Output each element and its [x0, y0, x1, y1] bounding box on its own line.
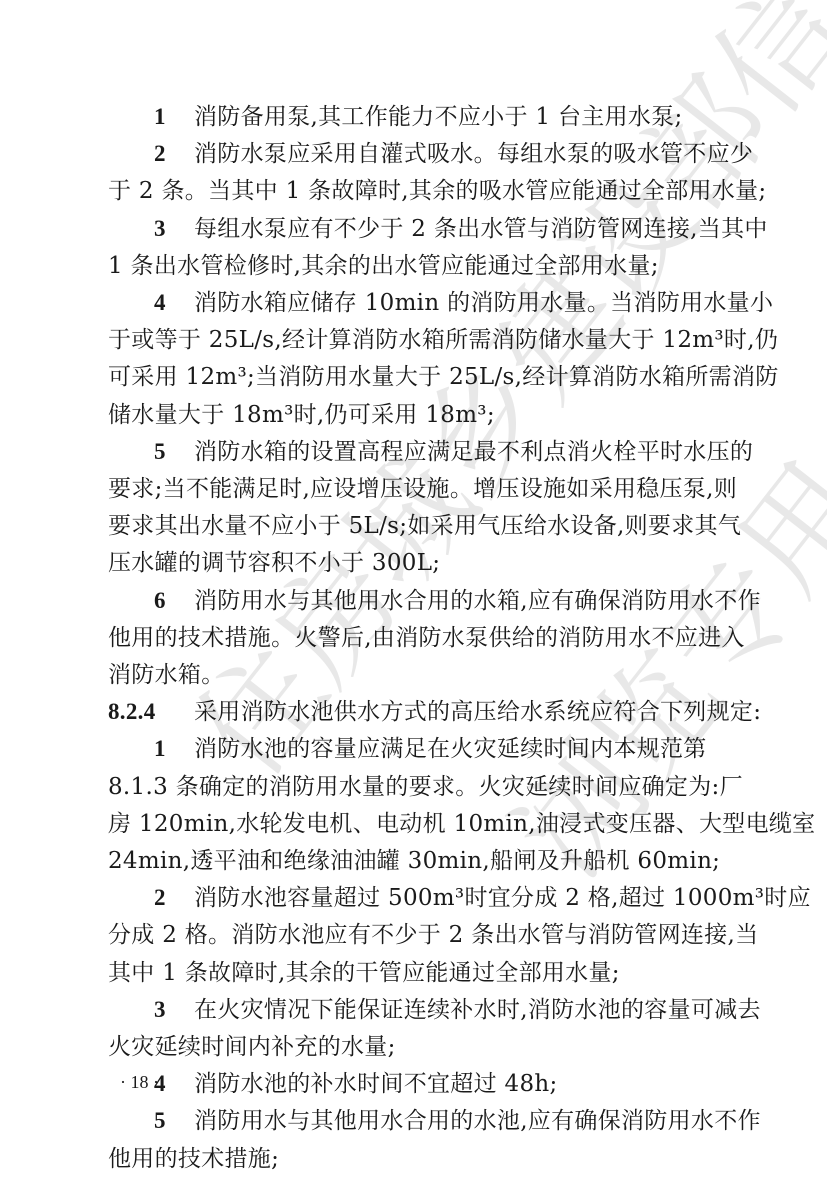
section-number: 8.2.4: [108, 695, 194, 729]
clause-item: 3在火灾情况下能保证连续补水时,消防水池的容量可减去: [108, 993, 766, 1027]
clause-number: 6: [154, 584, 194, 618]
line-text: 要求;当不能满足时,应设增压设施。增压设施如采用稳压泵,则: [108, 476, 737, 502]
line-text: 消防用水与其他用水合用的水箱,应有确保消防用水不作: [194, 588, 761, 614]
clause-item: 4消防水池的补水时间不宜超过 48h;: [108, 1067, 766, 1101]
clause-item: 5消防用水与其他用水合用的水池,应有确保消防用水不作: [108, 1104, 766, 1138]
line-text: 8.1.3 条确定的消防用水量的要求。火灾延续时间应确定为:厂: [108, 774, 743, 800]
text-line: 24min,透平油和绝缘油油罐 30min,船闸及升船机 60min;: [108, 844, 720, 878]
document-page: 住房城乡建设部信息公开 浏览专用 1消防备用泵,其工作能力不应小于 1 台主用水…: [0, 0, 827, 1198]
line-text: 于 2 条。当其中 1 条故障时,其余的吸水管应能通过全部用水量;: [108, 178, 766, 204]
line-text: 消防水池容量超过 500m³时宜分成 2 格,超过 1000m³时应: [194, 885, 811, 911]
line-text: 他用的技术措施。火警后,由消防水泵供给的消防用水不应进入: [108, 625, 745, 651]
text-line: 8.1.3 条确定的消防用水量的要求。火灾延续时间应确定为:厂: [108, 770, 720, 804]
text-line: 他用的技术措施。火警后,由消防水泵供给的消防用水不应进入: [108, 621, 720, 655]
clause-item: 3每组水泵应有不少于 2 条出水管与消防管网连接,当其中: [108, 212, 766, 246]
text-line: 其中 1 条故障时,其余的干管应能通过全部用水量;: [108, 956, 720, 990]
line-text: 房 120min,水轮发电机、电动机 10min,油浸式变压器、大型电缆室: [108, 811, 815, 837]
clause-number: 2: [154, 881, 194, 915]
text-line: 于或等于 25L/s,经计算消防水箱所需消防储水量大于 12m³时,仍: [108, 323, 720, 357]
text-line: 要求其出水量不应小于 5L/s;如采用气压给水设备,则要求其气: [108, 509, 720, 543]
clause-item: 1消防水池的容量应满足在火灾延续时间内本规范第: [108, 732, 766, 766]
line-text: 消防水池的补水时间不宜超过 48h;: [194, 1071, 558, 1097]
text-line: 1 条出水管检修时,其余的出水管应能通过全部用水量;: [108, 249, 720, 283]
text-line: 压水罐的调节容积不小于 300L;: [108, 546, 720, 580]
text-line: 火灾延续时间内补充的水量;: [108, 1030, 720, 1064]
line-text: 采用消防水池供水方式的高压给水系统应符合下列规定:: [194, 699, 761, 725]
line-text: 在火灾情况下能保证连续补水时,消防水池的容量可减去: [194, 997, 761, 1023]
clause-item: 4消防水箱应储存 10min 的消防用水量。当消防用水量小: [108, 286, 766, 320]
line-text: 24min,透平油和绝缘油油罐 30min,船闸及升船机 60min;: [108, 848, 720, 874]
clause-item: 2消防水池容量超过 500m³时宜分成 2 格,超过 1000m³时应: [108, 881, 766, 915]
line-text: 可采用 12m³;当消防用水量大于 25L/s,经计算消防水箱所需消防: [108, 364, 779, 390]
text-line: 他用的技术措施;: [108, 1142, 720, 1176]
clause-number: 3: [154, 212, 194, 246]
clause-item: 1消防备用泵,其工作能力不应小于 1 台主用水泵;: [108, 100, 766, 134]
line-text: 分成 2 格。消防水池应有不少于 2 条出水管与消防管网连接,当: [108, 922, 758, 948]
line-text: 火灾延续时间内补充的水量;: [108, 1034, 396, 1060]
line-text: 压水罐的调节容积不小于 300L;: [108, 550, 440, 576]
line-text: 消防水池的容量应满足在火灾延续时间内本规范第: [194, 736, 707, 762]
line-text: 消防用水与其他用水合用的水池,应有确保消防用水不作: [194, 1108, 761, 1134]
line-text: 消防水泵应采用自灌式吸水。每组水泵的吸水管不应少: [194, 141, 753, 167]
clause-number: 2: [154, 137, 194, 171]
line-text: 消防水箱的设置高程应满足最不利点消火栓平时水压的: [194, 439, 753, 465]
clause-number: 5: [154, 1104, 194, 1138]
line-text: 1 条出水管检修时,其余的出水管应能通过全部用水量;: [108, 253, 659, 279]
text-line: 消防水箱。: [108, 658, 720, 692]
page-number: · 18 ·: [120, 1072, 159, 1093]
clause-number: 1: [154, 100, 194, 134]
line-text: 消防水箱应储存 10min 的消防用水量。当消防用水量小: [194, 290, 773, 316]
text-line: 可采用 12m³;当消防用水量大于 25L/s,经计算消防水箱所需消防: [108, 360, 720, 394]
line-text: 每组水泵应有不少于 2 条出水管与消防管网连接,当其中: [194, 216, 768, 242]
line-text: 要求其出水量不应小于 5L/s;如采用气压给水设备,则要求其气: [108, 513, 741, 539]
clause-number: 4: [154, 286, 194, 320]
line-text: 其中 1 条故障时,其余的干管应能通过全部用水量;: [108, 960, 620, 986]
text-line: 房 120min,水轮发电机、电动机 10min,油浸式变压器、大型电缆室: [108, 807, 720, 841]
section-heading: 8.2.4采用消防水池供水方式的高压给水系统应符合下列规定:: [108, 695, 720, 729]
clause-item: 2消防水泵应采用自灌式吸水。每组水泵的吸水管不应少: [108, 137, 766, 171]
text-line: 于 2 条。当其中 1 条故障时,其余的吸水管应能通过全部用水量;: [108, 174, 720, 208]
line-text: 消防水箱。: [108, 662, 225, 688]
clause-number: 3: [154, 993, 194, 1027]
text-line: 储水量大于 18m³时,仍可采用 18m³;: [108, 398, 720, 432]
clause-number: 4: [154, 1067, 194, 1101]
line-text: 储水量大于 18m³时,仍可采用 18m³;: [108, 402, 495, 428]
clause-item: 5消防水箱的设置高程应满足最不利点消火栓平时水压的: [108, 435, 766, 469]
clause-number: 1: [154, 732, 194, 766]
text-line: 分成 2 格。消防水池应有不少于 2 条出水管与消防管网连接,当: [108, 918, 720, 952]
line-text: 他用的技术措施;: [108, 1146, 279, 1172]
text-line: 要求;当不能满足时,应设增压设施。增压设施如采用稳压泵,则: [108, 472, 720, 506]
line-text: 于或等于 25L/s,经计算消防水箱所需消防储水量大于 12m³时,仍: [108, 327, 778, 353]
clause-item: 6消防用水与其他用水合用的水箱,应有确保消防用水不作: [108, 584, 766, 618]
line-text: 消防备用泵,其工作能力不应小于 1 台主用水泵;: [194, 104, 683, 130]
clause-number: 5: [154, 435, 194, 469]
